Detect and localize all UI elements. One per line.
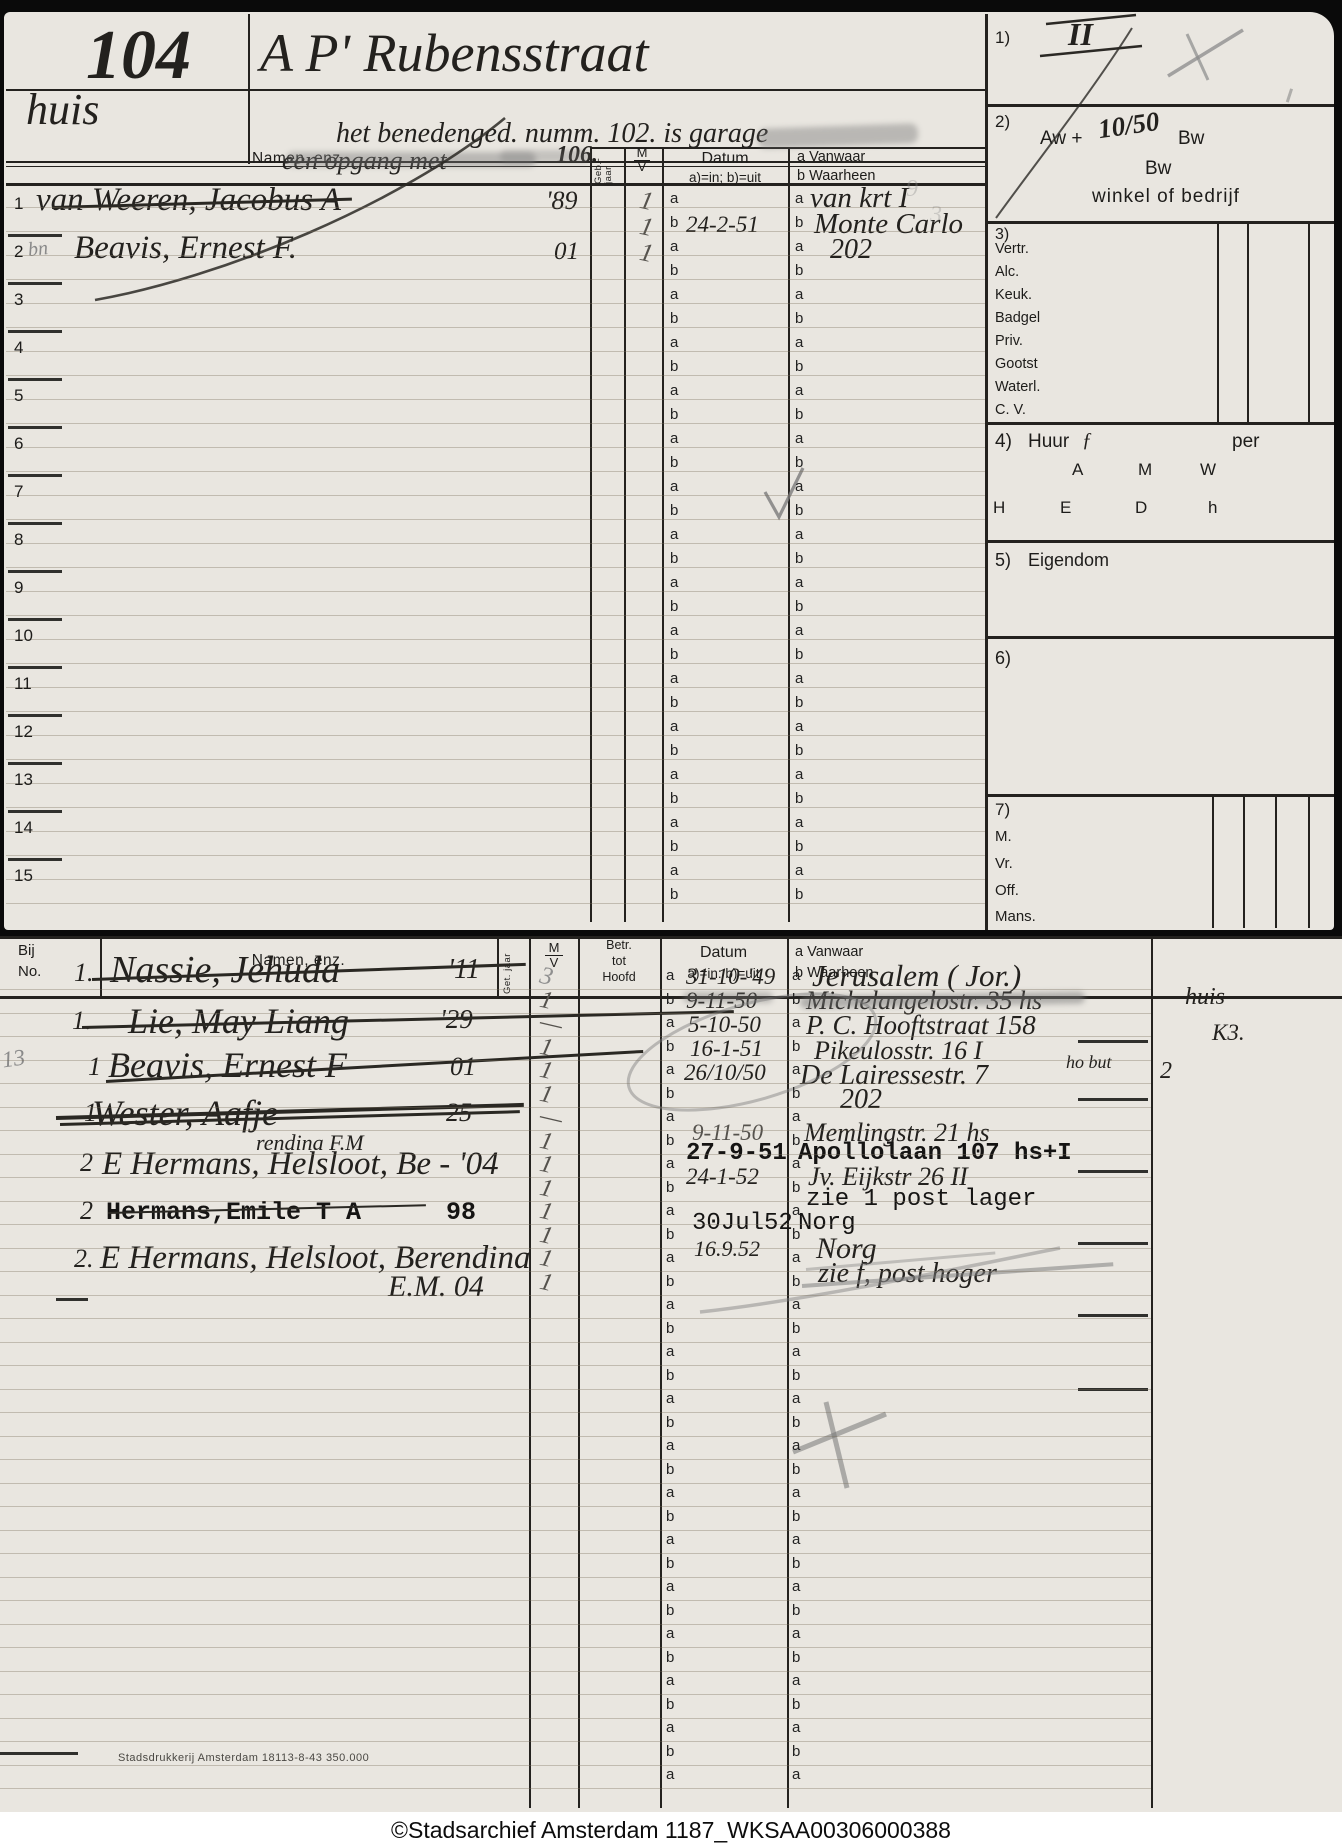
vanwaar-a-letter: a	[792, 1390, 800, 1407]
datum-a-letter: a	[670, 670, 678, 687]
vanwaar-b-letter: b	[795, 838, 803, 855]
row-number: 5	[14, 386, 23, 406]
vanwaar-b-letter: b	[792, 1555, 800, 1572]
ruled-line	[0, 1765, 1151, 1766]
datum-a-letter: a	[666, 1484, 674, 1501]
column-header-datum: Datum	[662, 150, 788, 168]
row-dash	[8, 330, 62, 333]
datum-a-letter: a	[666, 1390, 674, 1407]
vanwaar-a-letter: a	[795, 574, 803, 591]
line	[985, 636, 1334, 639]
from-place: 202	[830, 234, 872, 266]
datum-b-letter: b	[670, 454, 678, 471]
ruled-line	[0, 1412, 1151, 1413]
huur-label: Huur	[1028, 431, 1069, 453]
vanwaar-a-letter: a	[795, 622, 803, 639]
datum-a-letter: a	[666, 1672, 674, 1689]
datum-b-letter: b	[666, 1038, 674, 1055]
vanwaar-b-letter: b	[795, 742, 803, 759]
aw-bw-pre: Aw +	[1040, 128, 1082, 150]
vanwaar-a-letter: a	[792, 1719, 800, 1736]
printer-mark: Stadsdrukkerij Amsterdam 18113-8-43 350.…	[118, 1752, 369, 1764]
line	[1308, 224, 1310, 422]
column-header-getjaar: Get. jaar	[503, 942, 513, 994]
row-dash	[8, 810, 62, 813]
ruled-line	[0, 1177, 1151, 1178]
line	[985, 540, 1334, 543]
datum-a-letter: a	[666, 1155, 674, 1172]
row-dash	[8, 858, 62, 861]
vanwaar-a-letter: a	[795, 190, 803, 207]
vanwaar-b-letter: b	[795, 262, 803, 279]
pencil-smudge	[286, 152, 536, 167]
ruled-line	[0, 1295, 1151, 1296]
premise-label: huis	[26, 84, 99, 135]
margin-dash	[1078, 1242, 1148, 1245]
datum-a-letter: a	[666, 1766, 674, 1783]
vanwaar-b-letter: b	[795, 646, 803, 663]
vanwaar-b-letter: b	[795, 358, 803, 375]
ruled-line	[0, 1694, 1151, 1695]
line	[529, 938, 531, 1808]
ruled-line	[0, 1342, 1151, 1343]
vanwaar-b-letter: b	[792, 1273, 800, 1290]
ruled-line	[6, 423, 985, 424]
datum-b-letter: b	[670, 886, 678, 903]
datum-b-letter: b	[670, 598, 678, 615]
ruled-line	[6, 495, 985, 496]
datum-a-letter: a	[670, 574, 678, 591]
datum-b-letter: b	[670, 790, 678, 807]
datum-a-letter: a	[666, 1719, 674, 1736]
date-out: 24-2-51	[686, 212, 759, 238]
vanwaar-a-letter: a	[795, 862, 803, 879]
ruled-line	[0, 1553, 1151, 1554]
line	[662, 147, 664, 922]
ruled-line	[6, 879, 985, 880]
vanwaar-a-letter: a	[795, 670, 803, 687]
margin-dash	[1078, 1040, 1148, 1043]
row-number: 2	[14, 242, 23, 262]
datum-a-letter: a	[666, 1249, 674, 1266]
row-number: 12	[14, 722, 33, 742]
row-dash	[8, 666, 62, 669]
datum-b-letter: b	[670, 550, 678, 567]
line	[1151, 938, 1153, 1808]
datum-a-letter: a	[666, 967, 674, 984]
datum-a-letter: a	[670, 334, 678, 351]
datum-a-letter: a	[670, 718, 678, 735]
section-5-label: 5)	[995, 550, 1011, 571]
vanwaar-a-letter: a	[792, 1531, 800, 1548]
vanwaar-b-letter: b	[792, 1179, 800, 1196]
datum-a-letter: a	[670, 622, 678, 639]
pencil-smudge	[500, 150, 590, 163]
pencil-scribble: bn	[27, 237, 49, 262]
s3-item-cv: C. V.	[995, 402, 1026, 418]
vanwaar-a-letter: a	[792, 1249, 800, 1266]
bij-no: 2	[80, 1148, 93, 1178]
vanwaar-b-letter: b	[795, 886, 803, 903]
column-header-vanwaar-a: a Vanwaar	[797, 149, 865, 165]
mv-v: V	[638, 159, 647, 174]
row-number: 1	[14, 194, 23, 214]
datum-b-letter: b	[666, 1649, 674, 1666]
bw-line: Bw	[1145, 158, 1171, 180]
datum-a-letter: a	[666, 1437, 674, 1454]
winkel-of-bedrijf-line: winkel of bedrijf	[1092, 186, 1240, 208]
sidebar-divider	[985, 14, 988, 930]
ruled-line	[0, 1013, 1151, 1014]
row-number: 14	[14, 818, 33, 838]
ruled-line	[0, 1060, 1151, 1061]
line	[788, 147, 790, 922]
ruled-line	[0, 1788, 1151, 1789]
datum-b-letter: b	[666, 1602, 674, 1619]
column-header-datum: Datum	[660, 944, 787, 962]
datum-b-letter: b	[666, 1414, 674, 1431]
datum-b-letter: b	[666, 1508, 674, 1525]
ruled-line	[0, 989, 1151, 990]
datum-b-letter: b	[670, 742, 678, 759]
ruled-line	[0, 1741, 1151, 1742]
row-dash	[8, 618, 62, 621]
datum-b-letter: b	[666, 1320, 674, 1337]
vanwaar-b-letter: b	[795, 214, 803, 231]
s4-a: A	[1072, 460, 1083, 480]
margin-note: K3.	[1212, 1020, 1245, 1046]
ruled-line	[0, 1389, 1151, 1390]
move-place-superscript: ho but	[1066, 1052, 1112, 1073]
vanwaar-a-letter: a	[792, 1014, 800, 1031]
datum-b-letter: b	[666, 1085, 674, 1102]
line	[985, 794, 1334, 797]
move-date: 16-1-51	[690, 1036, 763, 1062]
vanwaar-a-letter: a	[795, 286, 803, 303]
line	[0, 936, 1342, 939]
ruled-line	[6, 591, 985, 592]
vanwaar-a-letter: a	[792, 1296, 800, 1313]
ruled-line	[0, 1530, 1151, 1531]
vanwaar-a-letter: a	[792, 967, 800, 984]
line	[1217, 224, 1219, 422]
vanwaar-a-letter: a	[795, 334, 803, 351]
margin-dash	[1078, 1170, 1148, 1173]
line	[1308, 797, 1310, 928]
row-dash	[8, 522, 62, 525]
column-header-betr2: tot	[578, 954, 660, 968]
s7-item-mans: Mans.	[995, 908, 1036, 925]
datum-b-letter: b	[670, 646, 678, 663]
ruled-line	[6, 519, 985, 520]
ruled-line	[6, 687, 985, 688]
vanwaar-b-letter: b	[792, 1320, 800, 1337]
line	[1212, 797, 1214, 928]
datum-a-letter: a	[670, 238, 678, 255]
ruled-line	[0, 1130, 1151, 1131]
bij-no: 1.	[74, 958, 94, 988]
ruled-line	[6, 231, 985, 232]
s3-item-alc: Alc.	[995, 264, 1019, 280]
section-1-label: 1)	[995, 28, 1010, 48]
line	[1275, 797, 1277, 928]
row-number: 11	[14, 674, 32, 694]
vanwaar-b-letter: b	[792, 1085, 800, 1102]
vanwaar-b-letter: b	[792, 1602, 800, 1619]
row-number: 3	[14, 290, 23, 310]
datum-b-letter: b	[670, 310, 678, 327]
datum-b-letter: b	[670, 262, 678, 279]
move-date: 16.9.52	[694, 1236, 760, 1262]
ruled-line	[6, 663, 985, 664]
vanwaar-b-letter: b	[795, 406, 803, 423]
datum-b-letter: b	[670, 358, 678, 375]
datum-b-letter: b	[666, 1743, 674, 1760]
vanwaar-a-letter: a	[795, 766, 803, 783]
datum-a-letter: a	[670, 478, 678, 495]
per-label: per	[1232, 431, 1259, 453]
vanwaar-b-letter: b	[792, 1649, 800, 1666]
vanwaar-b-letter: b	[795, 310, 803, 327]
datum-b-letter: b	[666, 1132, 674, 1149]
datum-b-letter: b	[670, 694, 678, 711]
ruled-line	[0, 1036, 1151, 1037]
scanned-registration-card: Namen, enz. Geb.-jaar M V Datum a)=in; b…	[0, 0, 1342, 1846]
vanwaar-b-letter: b	[792, 1461, 800, 1478]
ruled-line	[6, 903, 985, 904]
row-number: 13	[14, 770, 33, 790]
vanwaar-a-letter: a	[792, 1108, 800, 1125]
s4-e: E	[1060, 498, 1071, 518]
line	[578, 938, 580, 1808]
margin-dash	[56, 1298, 88, 1301]
s4-h2: h	[1208, 498, 1217, 518]
row-dash	[8, 378, 62, 381]
line	[497, 938, 499, 996]
vanwaar-a-letter: a	[795, 478, 803, 495]
vanwaar-a-letter: a	[795, 526, 803, 543]
s4-d: D	[1135, 498, 1147, 518]
ruled-line	[6, 735, 985, 736]
datum-a-letter: a	[670, 382, 678, 399]
vanwaar-a-letter: a	[792, 1578, 800, 1595]
datum-b-letter: b	[666, 1226, 674, 1243]
line	[1243, 797, 1245, 928]
vanwaar-a-letter: a	[795, 430, 803, 447]
ruled-line	[6, 831, 985, 832]
datum-a-letter: a	[666, 1578, 674, 1595]
ruled-line	[6, 351, 985, 352]
row-number: 8	[14, 530, 23, 550]
datum-a-letter: a	[666, 1202, 674, 1219]
move-place: De Lairessestr. 7	[800, 1060, 988, 1092]
ruled-line	[6, 855, 985, 856]
s3-item-vertr: Vertr.	[995, 241, 1029, 257]
datum-a-letter: a	[666, 1343, 674, 1360]
resident-name: Beavis, Ernest F.	[74, 230, 297, 267]
vanwaar-b-letter: b	[792, 1132, 800, 1149]
ruled-line	[0, 1671, 1151, 1672]
datum-b-letter: b	[666, 1696, 674, 1713]
aw-bw-post: Bw	[1178, 128, 1204, 150]
row-dash	[8, 714, 62, 717]
vanwaar-a-letter: a	[795, 814, 803, 831]
column-header-datum-sub: a)=in; b)=uit	[662, 170, 788, 185]
row-dash	[8, 570, 62, 573]
vanwaar-a-letter: a	[795, 718, 803, 735]
birth-year: 01	[450, 1052, 476, 1082]
row-number: 4	[14, 338, 23, 358]
datum-a-letter: a	[670, 286, 678, 303]
ruled-line	[0, 1224, 1151, 1225]
ruled-line	[6, 303, 985, 304]
birth-year: 01	[554, 238, 579, 266]
ruled-line	[0, 1624, 1151, 1625]
datum-a-letter: a	[670, 766, 678, 783]
ruled-line	[0, 1436, 1151, 1437]
margin-dash	[1078, 1314, 1148, 1317]
vanwaar-b-letter: b	[792, 1367, 800, 1384]
datum-b-letter: b	[670, 838, 678, 855]
s4-w: W	[1200, 460, 1216, 480]
ruled-line	[0, 1577, 1151, 1578]
mv-m: M	[545, 940, 564, 956]
street-name: A P' Rubensstraat	[260, 22, 649, 84]
move-date: 5-10-50	[688, 1012, 761, 1038]
pencil-smudge	[683, 992, 773, 1003]
margin-note: 2	[1160, 1058, 1172, 1085]
ruled-line	[0, 1483, 1151, 1484]
column-header-betr1: Betr.	[578, 938, 660, 952]
vanwaar-a-letter: a	[792, 1155, 800, 1172]
ruled-line	[6, 543, 985, 544]
vanwaar-a-letter: a	[792, 1484, 800, 1501]
ruled-line	[0, 1248, 1151, 1249]
datum-b-letter: b	[666, 1273, 674, 1290]
s3-item-badgel: Badgel	[995, 310, 1040, 326]
vanwaar-b-letter: b	[792, 1038, 800, 1055]
archive-credit: ©Stadsarchief Amsterdam 1187_WKSAA003060…	[0, 1817, 1342, 1844]
vanwaar-b-letter: b	[792, 1508, 800, 1525]
row-number: 9	[14, 578, 23, 598]
vanwaar-b-letter: b	[795, 502, 803, 519]
datum-b-letter: b	[666, 1461, 674, 1478]
birth-year: '11	[448, 954, 480, 986]
row-dash	[8, 234, 62, 237]
section-7-label: 7)	[995, 800, 1010, 820]
ruled-line	[0, 1271, 1151, 1272]
ruled-line	[6, 615, 985, 616]
row-dash	[8, 426, 62, 429]
datum-a-letter: a	[666, 1531, 674, 1548]
column-header-mv: M V	[630, 146, 654, 174]
line	[1247, 224, 1249, 422]
floor-mark: II	[1068, 16, 1093, 53]
line	[660, 938, 662, 1808]
margin-pencil-number: 13	[0, 1045, 26, 1074]
line	[624, 147, 626, 922]
datum-a-letter: a	[666, 1108, 674, 1125]
ruled-line	[6, 783, 985, 784]
datum-b-letter: b	[666, 1179, 674, 1196]
vanwaar-a-letter: a	[792, 1672, 800, 1689]
line	[787, 938, 789, 1808]
section-4-label: 4)	[995, 431, 1012, 453]
vanwaar-b-letter: b	[795, 598, 803, 615]
s3-item-gootst: Gootst	[995, 356, 1038, 372]
line	[985, 422, 1334, 425]
birth-year: 98	[446, 1198, 476, 1227]
s4-h: H	[993, 498, 1005, 518]
ruled-line	[6, 639, 985, 640]
ruled-line	[6, 279, 985, 280]
bij-no: 1.	[72, 1006, 92, 1036]
vanwaar-b-letter: b	[795, 454, 803, 471]
vanwaar-a-letter: a	[792, 1343, 800, 1360]
ruled-line	[6, 711, 985, 712]
ruled-line	[6, 375, 985, 376]
ruled-line	[0, 1107, 1151, 1108]
margin-note: huis	[1185, 984, 1225, 1011]
move-date: 31-10-'49	[686, 964, 775, 990]
datum-a-letter: a	[670, 814, 678, 831]
vanwaar-b-letter: b	[795, 550, 803, 567]
ruled-line	[6, 759, 985, 760]
s7-item-m: M.	[995, 828, 1012, 845]
line	[985, 104, 1334, 107]
datum-a-letter: a	[670, 526, 678, 543]
s4-m: M	[1138, 460, 1152, 480]
line	[985, 221, 1334, 224]
datum-b-letter: b	[666, 1555, 674, 1572]
birth-year: '89	[546, 186, 578, 216]
vanwaar-b-letter: b	[792, 1743, 800, 1760]
move-place: zie 1 post lager	[806, 1186, 1036, 1213]
datum-a-letter: a	[670, 190, 678, 207]
row-number: 7	[14, 482, 23, 502]
ruled-line	[0, 1154, 1151, 1155]
datum-a-letter: a	[670, 862, 678, 879]
datum-a-letter: a	[666, 1014, 674, 1031]
ruled-line	[0, 1201, 1151, 1202]
datum-b-letter: b	[670, 502, 678, 519]
vanwaar-a-letter: a	[792, 1202, 800, 1219]
ruled-line	[6, 471, 985, 472]
ruled-line	[0, 1459, 1151, 1460]
row-dash	[8, 474, 62, 477]
datum-b-letter: b	[670, 406, 678, 423]
ruled-line	[0, 1083, 1151, 1084]
ruled-line	[0, 1506, 1151, 1507]
resident-name-line2: E.M. 04	[388, 1270, 484, 1304]
datum-b-letter: b	[670, 214, 678, 231]
vanwaar-b-letter: b	[792, 991, 800, 1008]
ruled-line	[6, 327, 985, 328]
vanwaar-b-letter: b	[795, 790, 803, 807]
column-header-betr3: Hoofd	[578, 970, 660, 984]
ruled-line	[6, 207, 985, 208]
column-header-bij: Bij	[18, 942, 35, 959]
column-header-no: No.	[18, 963, 41, 980]
datum-a-letter: a	[666, 1061, 674, 1078]
ruled-line	[0, 1600, 1151, 1601]
row-dash	[8, 762, 62, 765]
row-number: 6	[14, 434, 23, 454]
datum-a-letter: a	[670, 430, 678, 447]
bij-no: 1	[88, 1052, 101, 1082]
vanwaar-b-letter: b	[792, 1226, 800, 1243]
section-2-label: 2)	[995, 112, 1010, 132]
